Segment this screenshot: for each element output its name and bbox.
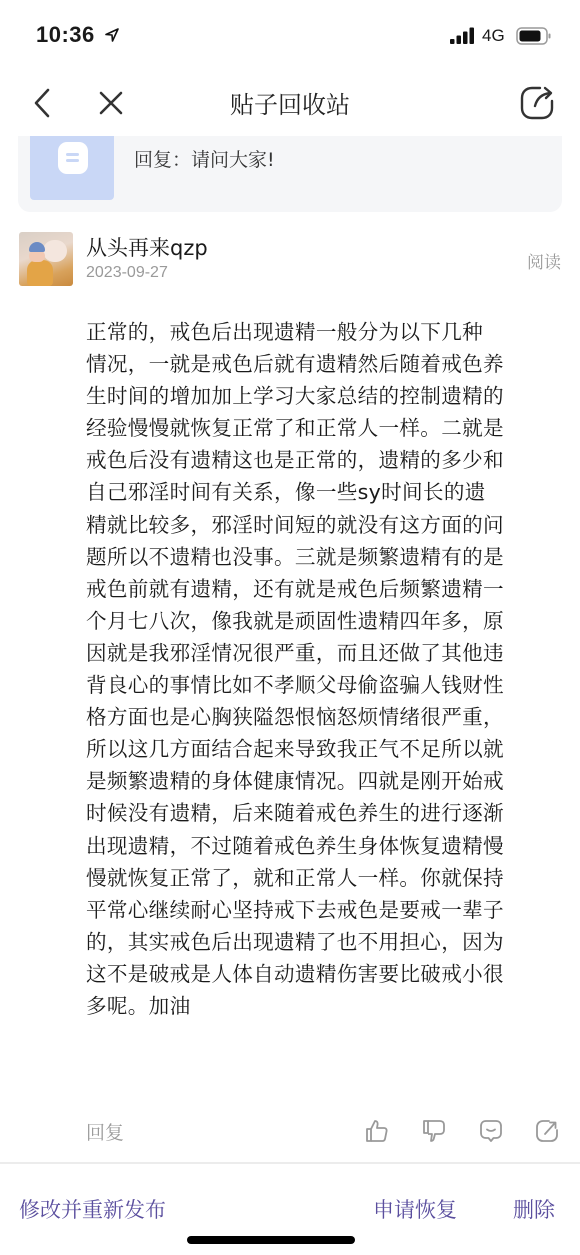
quoted-post-title: 回复：请问大家! bbox=[134, 145, 275, 172]
post-line: 正常的，戒色后出现遗精一般分为以下几种 bbox=[86, 316, 562, 348]
comment-icon[interactable] bbox=[478, 1118, 504, 1144]
status-bar: 10:36 4G bbox=[0, 0, 580, 70]
post-line: 自己邪淫时间有关系，像一些sy时间长的遗 bbox=[86, 476, 562, 508]
post-line: 慢就恢复正常了，就和正常人一样。你就保持 bbox=[86, 862, 562, 894]
document-icon bbox=[58, 142, 88, 174]
avatar[interactable] bbox=[19, 232, 73, 286]
reply-button[interactable]: 回复 bbox=[86, 1118, 124, 1145]
status-time: 10:36 bbox=[36, 22, 95, 48]
post-line: 多呢。加油 bbox=[86, 990, 562, 1022]
network-type: 4G bbox=[482, 26, 505, 46]
post-line: 戒色后没有遗精这也是正常的，遗精的多少和 bbox=[86, 444, 562, 476]
post-line: 所以这几方面结合起来导致我正气不足所以就 bbox=[86, 733, 562, 765]
post-line: 戒色前就有遗精，还有就是戒色后频繁遗精一 bbox=[86, 573, 562, 605]
post-line: 这不是破戒是人体自动遗精伤害要比破戒小很 bbox=[86, 958, 562, 990]
nav-bar: 贴子回收站 bbox=[0, 70, 580, 136]
delete-button[interactable]: 删除 bbox=[513, 1194, 555, 1224]
read-button[interactable]: 阅读 bbox=[527, 248, 561, 273]
post-line: 情况，一就是戒色后就有遗精然后随着戒色养 bbox=[86, 348, 562, 380]
post-line: 精就比较多，邪淫时间短的就没有这方面的问 bbox=[86, 509, 562, 541]
thumbs-up-icon[interactable] bbox=[364, 1118, 390, 1144]
post-line: 背良心的事情比如不孝顺父母偷盗骗人钱财性 bbox=[86, 669, 562, 701]
edit-and-republish-button[interactable]: 修改并重新发布 bbox=[19, 1194, 166, 1224]
signal-icon bbox=[450, 27, 476, 45]
battery-icon bbox=[516, 26, 552, 46]
post-date: 2023-09-27 bbox=[86, 264, 168, 282]
author-name[interactable]: 从头再来qzp bbox=[86, 232, 208, 262]
post-line: 平常心继续耐心坚持戒下去戒色是要戒一辈子 bbox=[86, 894, 562, 926]
quoted-post-thumbnail bbox=[30, 136, 114, 200]
post-line: 因就是我邪淫情况很严重，而且还做了其他违 bbox=[86, 637, 562, 669]
post-line: 出现遗精，不过随着戒色养生身体恢复遗精慢 bbox=[86, 830, 562, 862]
post-line: 是频繁遗精的身体健康情况。四就是刚开始戒 bbox=[86, 765, 562, 797]
thumbs-down-icon[interactable] bbox=[421, 1118, 447, 1144]
post-line: 个月七八次，像我就是顽固性遗精四年多，原 bbox=[86, 605, 562, 637]
post-line: 题所以不遗精也没事。三就是频繁遗精有的是 bbox=[86, 541, 562, 573]
page-title: 贴子回收站 bbox=[0, 85, 580, 120]
post-actions: 回复 bbox=[0, 1110, 580, 1152]
post-line: 生时间的增加加上学习大家总结的控制遗精的 bbox=[86, 380, 562, 412]
home-indicator bbox=[187, 1236, 355, 1244]
location-arrow-icon bbox=[104, 27, 120, 43]
author-row: 从头再来qzp 2023-09-27 阅读 bbox=[0, 230, 580, 290]
post-content: 正常的，戒色后出现遗精一般分为以下几种 情况，一就是戒色后就有遗精然后随着戒色养… bbox=[86, 316, 562, 1022]
post-line: 经验慢慢就恢复正常了和正常人一样。二就是 bbox=[86, 412, 562, 444]
request-restore-button[interactable]: 申请恢复 bbox=[373, 1194, 457, 1224]
share-icon[interactable] bbox=[518, 84, 556, 122]
quoted-post-card[interactable]: 回复：请问大家! bbox=[18, 136, 562, 212]
post-line: 的，其实戒色后出现遗精了也不用担心，因为 bbox=[86, 926, 562, 958]
share-icon[interactable] bbox=[534, 1118, 560, 1144]
post-line: 格方面也是心胸狭隘怨恨恼怒烦情绪很严重， bbox=[86, 701, 562, 733]
post-line: 时候没有遗精，后来随着戒色养生的进行逐渐 bbox=[86, 797, 562, 829]
